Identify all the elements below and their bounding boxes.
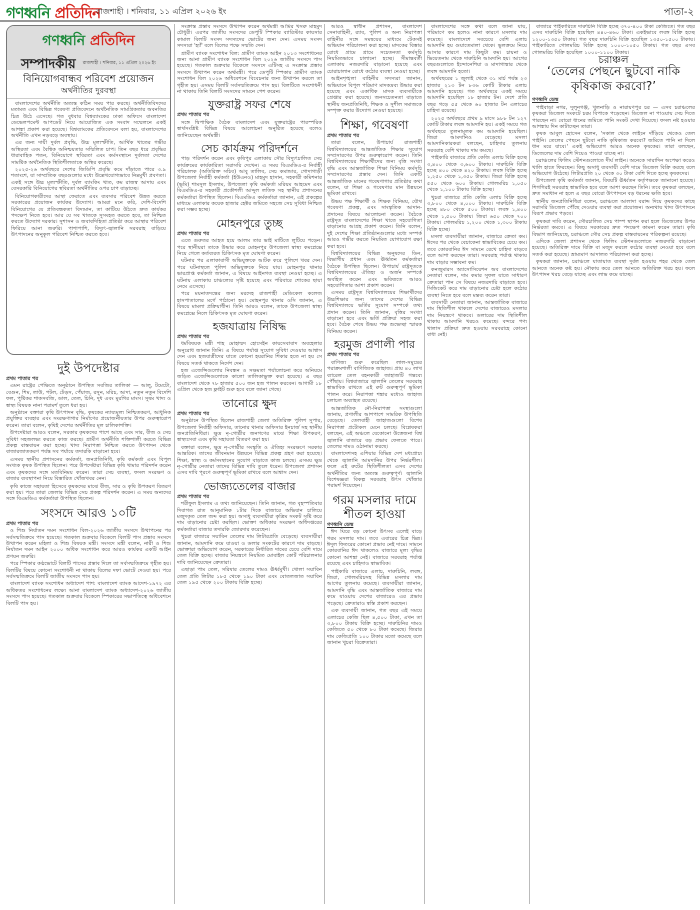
story-headline[interactable]: হজযাত্রায় নিষিদ্ধ	[177, 320, 322, 333]
story-gorom-moshla: গরম মসলার দামে শীতল হাওয়া গণধ্বনি ডেস্ক…	[327, 493, 422, 647]
story-sangsade-aro: সংসদে আরও ১০টি প্রথম পাতার পর ও শিশু নির…	[6, 506, 171, 607]
story-hormuz-pranali: হরমুজ প্রণালী পার প্রথম পাতার পর বাণিজ্য…	[327, 338, 422, 490]
editorial-body: বাংলাদেশের অর্থনীতি অত্যন্ত কঠিন সময় পা…	[7, 99, 170, 242]
page-number: পাতা-২	[664, 5, 694, 22]
story-moshla-continued-2: বাজারে পাইকারিতে দারুচিনি বিক্রি হচ্ছে ৩…	[532, 24, 695, 56]
column-5: বাজারে পাইকারিতে দারুচিনি বিক্রি হচ্ছে ৩…	[532, 24, 695, 904]
editorial-date: রাজশাহী । শনিবার, ১১ এপ্রিল ২০২৬ ইং	[83, 61, 156, 66]
story-byline: গণধ্বনি ডেস্ক	[327, 522, 422, 528]
story-mohonpure-tuchchho: মোহনপুরে তুচ্ছ প্রথম পাতার পর এতে গুরুতর…	[177, 217, 322, 317]
story-byline: প্রথম পাতার পর	[177, 494, 322, 500]
editorial-header: গণধ্বনি প্রতিদিন সম্পাদকীয় রাজশাহী । শন…	[7, 26, 170, 70]
column-4: বাংলাদেশের সঙ্গে কথা বলে জানা যায়, পরিম…	[427, 24, 527, 904]
column-divider	[324, 24, 325, 904]
story-shikkha-gobeshona: শিক্ষা, গবেষণা প্রথম পাতার পর তারা বলেন,…	[327, 118, 422, 336]
editorial-box: গণধ্বনি প্রতিদিন সম্পাদকীয় রাজশাহী । শন…	[6, 25, 171, 355]
column-divider	[174, 24, 175, 904]
column-1: দুই উপদেষ্টার প্রথম পাতার পর এমন রাষ্ট্র…	[6, 358, 171, 903]
story-headline[interactable]: সেচ কার্যক্রম পরিদর্শনে	[177, 142, 322, 155]
story-jukttorashtro-sofor: যুক্তরাষ্ট্র সফর শেষে প্রথম পাতার পর সঙ্…	[177, 98, 322, 139]
story-headline[interactable]: তানোরে ক্ষুদ	[177, 397, 322, 410]
editorial-title-block: বিনিয়োগবান্ধব পরিবেশ প্রয়োজন অর্থনীতির…	[7, 70, 170, 99]
editorial-subheadline: অর্থনীতির দুরবস্থা	[11, 86, 166, 96]
story-hajjatray-nishiddho: হজযাত্রায় নিষিদ্ধ প্রথম পাতার পর ধর্মবি…	[177, 320, 322, 394]
story-dui-upodeshtar: দুই উপদেষ্টার প্রথম পাতার পর এমন রাষ্ট্র…	[6, 361, 171, 503]
story-byline: প্রথম পাতার পর	[177, 411, 322, 417]
story-headline[interactable]: ‘তেলের পেছনে ছুটবো নাকি কৃষিকাজ করবো?’	[532, 64, 695, 94]
column-2: সংক্রান্ত প্রস্তাব সংসদে উত্থাপন করেন অর…	[177, 24, 322, 904]
column-3: আরও স্বাধীন প্রশাসন, বাংলাদেশ সেনাবাহিনী…	[327, 24, 422, 904]
story-teler-pechhone: চরাঞ্চল ‘তেলের পেছনে ছুটবো নাকি কৃষিকাজ …	[532, 58, 695, 278]
story-tanore-khud: তানোরে ক্ষুদ প্রথম পাতার পর অনুষ্ঠানে উপ…	[177, 397, 322, 477]
story-sech-karjokrom: সেচ কার্যক্রম পরিদর্শনে পাড় পরিদর্শন কর…	[177, 142, 322, 214]
column-divider	[529, 24, 530, 904]
story-moshla-continued: বাংলাদেশের সঙ্গে কথা বলে জানা যায়, পরিম…	[427, 24, 527, 339]
story-continued: সংক্রান্ত প্রস্তাব সংসদে উত্থাপন করেন অর…	[177, 24, 322, 95]
story-headline[interactable]: শিক্ষা, গবেষণা	[327, 118, 422, 132]
story-byline: গণধ্বনি ডেস্ক	[532, 97, 695, 103]
story-headline[interactable]: ভোজ্যতেলের বাজার	[177, 480, 322, 493]
story-bhojjotel-bazar: ভোজ্যতেলের বাজার প্রথম পাতার পর শরীফুল ই…	[177, 480, 322, 587]
story-byline: প্রথম পাতার পর	[177, 112, 322, 118]
masthead: গণধ্বনি প্রতিদিন রাজশাহী । শনিবার, ১১ এপ…	[0, 0, 700, 22]
story-headline[interactable]: হরমুজ প্রণালী পার	[327, 338, 422, 351]
story-byline: প্রথম পাতার পর	[177, 231, 322, 237]
story-headline[interactable]: গরম মসলার দামে শীতল হাওয়া	[327, 493, 422, 521]
story-headline[interactable]: যুক্তরাষ্ট্র সফর শেষে	[177, 98, 322, 111]
story-byline: প্রথম পাতার পর	[327, 133, 422, 139]
story-headline[interactable]: দুই উপদেষ্টার	[6, 361, 171, 375]
story-byline: প্রথম পাতার পর	[6, 521, 171, 527]
story-continued: আরও স্বাধীন প্রশাসন, বাংলাদেশ সেনাবাহিনী…	[327, 24, 422, 115]
editorial-headline: বিনিয়োগবান্ধব পরিবেশ প্রয়োজন	[11, 73, 166, 86]
dateline: রাজশাহী । শনিবার, ১১ এপ্রিল ২০২৬ ইং	[96, 6, 226, 19]
story-byline: প্রথম পাতার পর	[327, 352, 422, 358]
editorial-logo: গণধ্বনি প্রতিদিন	[7, 29, 170, 53]
story-byline: প্রথম পাতার পর	[6, 376, 171, 382]
newspaper-logo: গণধ্বনি প্রতিদিন	[6, 2, 101, 27]
story-byline: প্রথম পাতার পর	[177, 334, 322, 340]
story-headline[interactable]: মোহনপুরে তুচ্ছ	[177, 217, 322, 230]
column-divider	[424, 24, 425, 904]
story-headline[interactable]: সংসদে আরও ১০টি	[6, 506, 171, 520]
